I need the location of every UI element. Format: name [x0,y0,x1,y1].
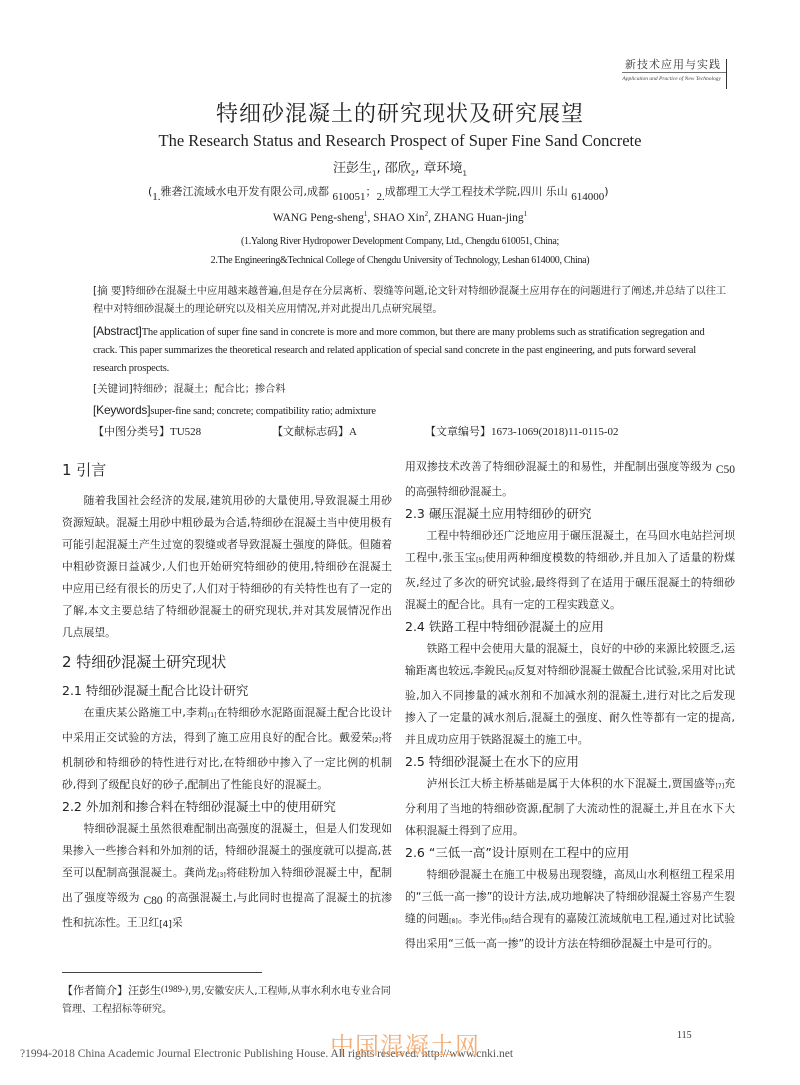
author-sup: 1 [524,210,528,218]
section-2-1-title: 2.1 特细砂混凝土配合比设计研究 [62,680,392,702]
author-bio-footnote: 【作者简介】汪彭生(1989-),男,安徽安庆人,工程师,从事水利水电专业合同管… [62,980,392,1019]
body-right-column: 用双掺技术改善了特细砂混凝土的和易性，并配制出强度等级为 C50 的高强特细砂混… [405,456,735,955]
document-code: 【文献标志码】A [272,423,357,439]
citation[interactable]: [5] [476,557,485,564]
affil-zip: 610051 [333,191,366,203]
section-2-5-paragraph: 泸州长江大桥主桥基础是属于大体积的水下混凝土,贾国盛等[7]充分利用了当地的特细… [405,773,735,842]
strength-grade: C80 [144,895,163,907]
text: 泸州长江大桥主桥基础是属于大体积的水下混凝土,贾国盛等 [427,777,716,790]
citation[interactable]: [7] [716,783,725,790]
section-2-2-title: 2.2 外加剂和掺合料在特细砂混凝土中的使用研究 [62,796,392,818]
keywords-en-label: [Keywords] [93,403,150,417]
author-sup: 1 [372,170,376,178]
citation[interactable]: [8] [449,918,458,925]
section-2-4-paragraph: 铁路工程中会使用大量的混凝土，良好的中砂的来源比较匮乏,运输距离也较远,李銳民[… [405,638,735,751]
watermark-logo: 中国混凝土网 [330,1026,480,1061]
affil-org: 成都理工大学工程技术学院,四川 乐山 [385,185,568,198]
keywords-en: [Keywords]super-fine sand; concrete; com… [93,401,729,421]
paper-title-cn: 特细砂混凝土的研究现状及研究展望 [0,97,800,128]
clc-number: 【中图分类号】TU528 [93,423,201,439]
doc-label: 【文献标志码】 [272,425,349,438]
section-2-5-title: 2.5 特细砂混凝土在水下的应用 [405,751,735,773]
section-2-3-paragraph: 工程中特细砂还广泛地应用于碾压混凝土，在马回水电站拦河坝工程中,张玉宝[5]使用… [405,525,735,616]
affil-sep: ； [366,185,377,198]
keywords-cn-label: [关键词] [93,383,133,395]
text: 的高强特细砂混凝土。 [405,485,513,498]
body-left-column: 1 引言 随着我国社会经济的发展,建筑用砂的大量使用,导致混凝土用砂资源短缺。混… [62,466,392,936]
affil-num: 1. [152,191,160,203]
keywords-cn: [关键词]特细砂；混凝土；配合比；掺合料 [93,380,729,399]
running-header-cn: 新技术应用与实践 [622,57,727,72]
article-label: 【文章编号】 [425,425,491,438]
header-divider [726,59,727,89]
section-1-title: 1 引言 [62,456,392,484]
article-value: 1673-1069(2018)11-0115-02 [491,426,619,438]
abstract-en: [Abstract]The application of super fine … [93,322,729,378]
running-header: 新技术应用与实践 Application and Practice of New… [622,57,727,84]
text: 在重庆某公路施工中,李莉 [84,706,208,719]
article-number: 【文章编号】1673-1069(2018)11-0115-02 [425,423,619,439]
text: 用双掺技术改善了特细砂混凝土的和易性，并配制出强度等级为 [405,460,716,473]
author-sup: 1 [364,210,368,218]
page-number: 115 [677,1030,692,1041]
affiliation-en-line1: (1.Yalong River Hydropower Development C… [0,236,800,247]
affil-zip: 614000 [571,191,604,203]
running-header-en: Application and Practice of New Technolo… [622,72,727,84]
author-name: ZHANG Huan-jing [434,212,524,224]
footnote-years: (1989-) [161,984,188,994]
paren: ) [604,185,608,198]
clc-value: TU528 [170,426,201,438]
author-name: 章环境 [424,161,463,176]
footnote-divider [62,972,262,973]
citation[interactable]: [3] [217,872,226,879]
citation[interactable]: [2] [372,737,381,744]
footnote-label: 【作者简介】 [62,984,128,997]
section-1-paragraph: 随着我国社会经济的发展,建筑用砂的大量使用,导致混凝土用砂资源短缺。混凝土用砂中… [62,490,392,644]
affiliation-cn: (1.雅砻江流域水电开发有限公司,成都 610051；2.成都理工大学工程技术学… [148,183,609,199]
section-2-4-title: 2.4 铁路工程中特细砂混凝土的应用 [405,616,735,638]
text: 。李光伟 [458,912,502,925]
keywords-en-text: super-fine sand; concrete; compatibility… [150,406,375,417]
section-2-2-paragraph: 特细砂混凝土虽然很难配制出高强度的混凝土，但是人们发现如果掺入一些掺合料和外加剂… [62,818,392,936]
section-2-title: 2 特细砂混凝土研究现状 [62,648,392,676]
author-sup: 2 [411,170,415,178]
section-2-6-title: 2.6 “三低一高”设计原则在工程中的应用 [405,842,735,864]
strength-grade: C50 [716,464,735,476]
author-name: SHAO Xin [373,212,424,224]
affil-org: 雅砻江流域水电开发有限公司,成都 [161,185,330,198]
author-name: WANG Peng-sheng [273,212,364,224]
affiliation-en-line2: 2.The Engineering&Technical College of C… [0,255,800,266]
affil-num: 2. [377,191,385,203]
abstract-en-text: The application of super fine sand in co… [93,327,705,374]
author-name: 汪彭生 [333,161,372,176]
footnote-author: 汪彭生 [128,984,161,997]
citation[interactable]: [6] [506,670,515,677]
author-sup: 2 [425,210,429,218]
section-2-1-paragraph: 在重庆某公路施工中,李莉[1]在特细砂水泥路面混凝土配合比设计中采用正交试验的方… [62,702,392,796]
author-sup: 1 [463,170,467,178]
citation[interactable]: [9] [502,918,511,925]
section-2-6-paragraph: 特细砂混凝土在施工中极易出现裂缝，高凤山水利枢纽工程采用的“三低一高一掺”的设计… [405,864,735,955]
author-name: 邵欣 [385,161,411,176]
authors-en: WANG Peng-sheng1, SHAO Xin2, ZHANG Huan-… [0,210,800,224]
abstract-cn-text: 特细砂在混凝土中应用越来越普遍,但是存在分层离析、裂缝等问题,论文针对特细砂混凝… [93,286,726,315]
abstract-cn: [摘 要]特细砂在混凝土中应用越来越普遍,但是存在分层离析、裂缝等问题,论文针对… [93,282,729,319]
doc-value: A [349,426,357,438]
paper-title-en: The Research Status and Research Prospec… [0,131,800,151]
keywords-cn-text: 特细砂；混凝土；配合比；掺合料 [133,384,286,395]
section-2-3-title: 2.3 碾压混凝土应用特细砂的研究 [405,503,735,525]
clc-label: 【中图分类号】 [93,425,170,438]
authors-cn: 汪彭生1, 邵欣2, 章环境1 [0,157,800,178]
citation[interactable]: [4] [159,920,172,930]
abstract-en-label: [Abstract] [93,324,142,338]
abstract-cn-label: [摘 要] [93,285,126,297]
section-2-2-paragraph-cont: 用双掺技术改善了特细砂混凝土的和易性，并配制出强度等级为 C50 的高强特细砂混… [405,456,735,503]
